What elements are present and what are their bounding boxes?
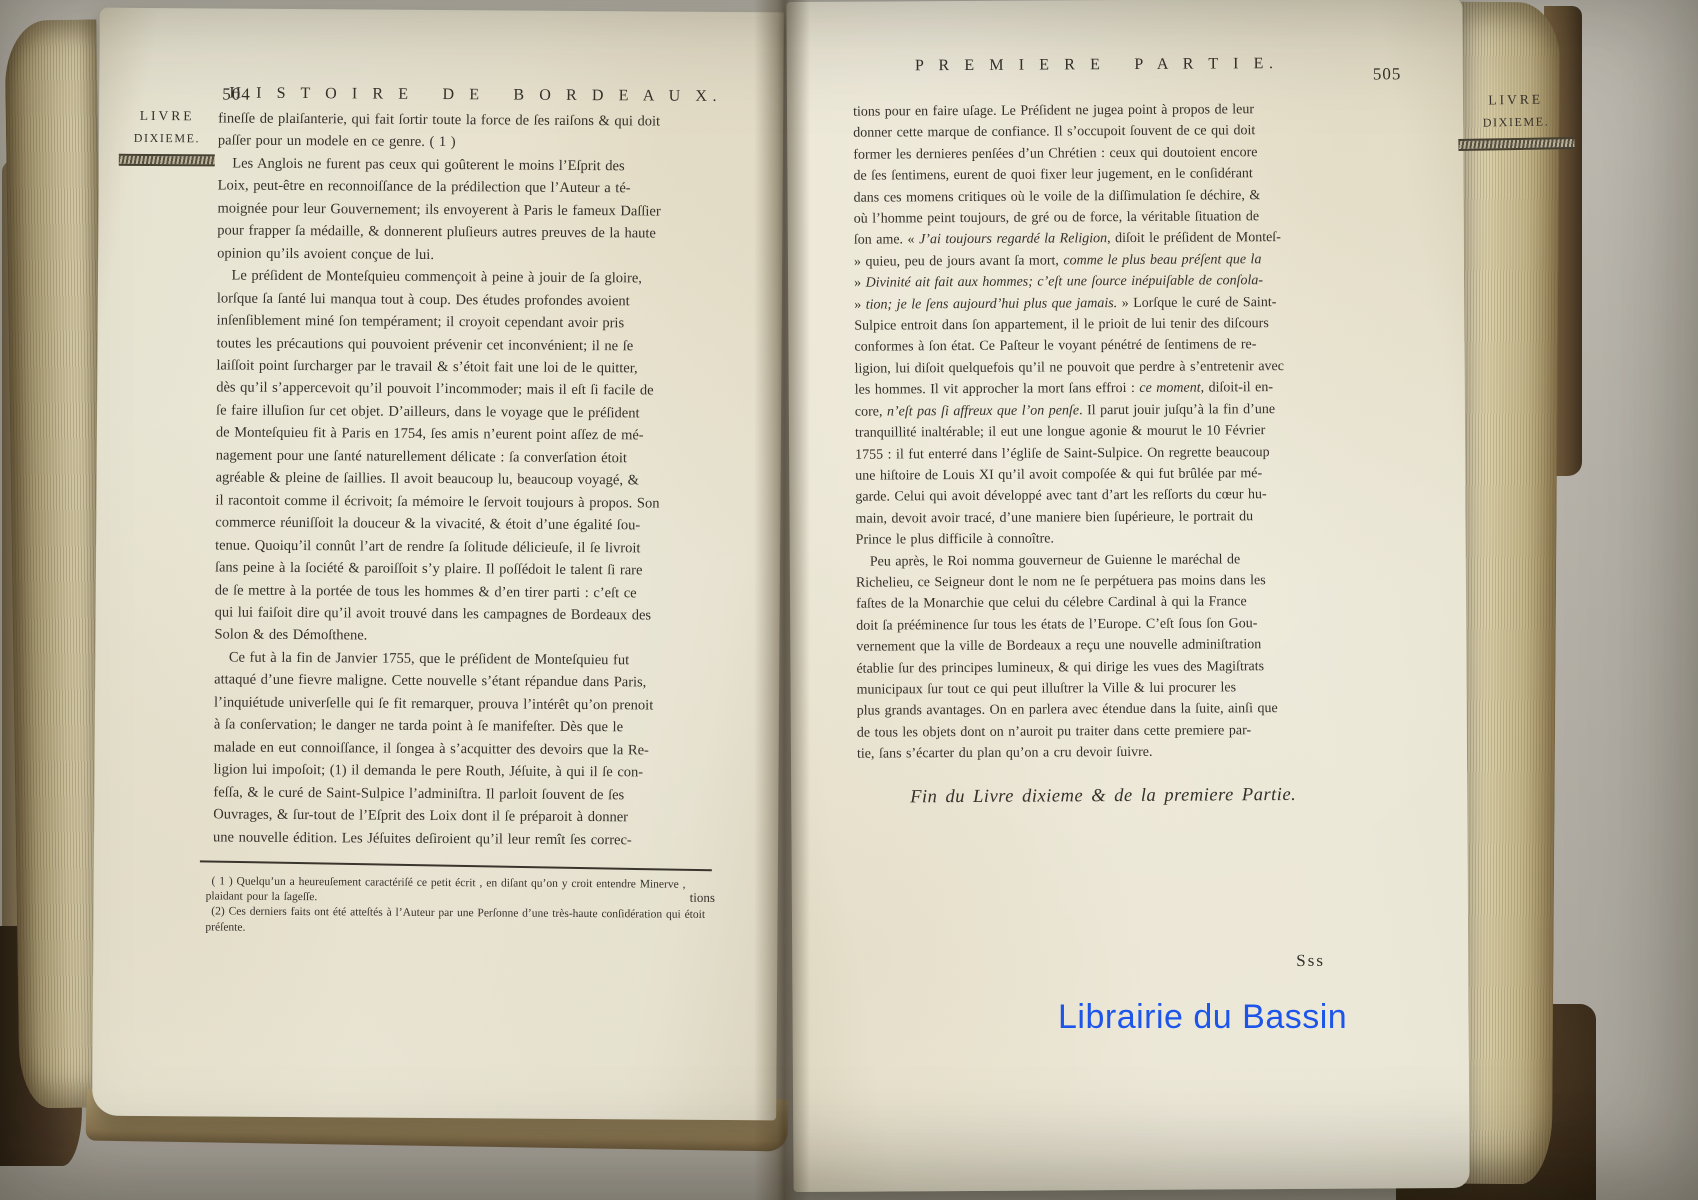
text-line: une nouvelle édition. Les Jéſuites deſir… [213,826,731,852]
text-line: de Monteſquieu fit à Paris en 1754, ſes … [216,422,734,448]
text-line: » tion; je le ſens aujourd’hui plus que … [854,291,1346,315]
text-line: vernement que la ville de Bordeaux a reç… [856,634,1348,658]
running-title-right: P R E M I E R E P A R T I E. [853,55,1341,76]
right-body-text: tions pour en faire uſage. Le Préſident … [853,99,1349,766]
section-ornament-rule [1458,137,1574,151]
text-line: établie ſur des principes lumineux, & qu… [856,655,1348,679]
margin-note-right: LIVRE DIXIEME. [1458,91,1575,151]
text-line: tions pour en faire uſage. Le Préſident … [853,99,1345,123]
text-line: dans ces momens critiques où le voile de… [854,184,1346,208]
margin-note-line1: LIVRE [1458,91,1574,109]
text-line: ligion, lui diſoit quelquefois qu’il ne … [855,356,1347,380]
text-line: Ouvrages, & ſur-tout de l’Eſprit des Loi… [213,803,731,829]
margin-note-line1: LIVRE [119,108,215,125]
text-line: où l’homme peint toujours, de gré ou de … [854,206,1346,230]
fin-line: Fin du Livre dixieme & de la premiere Pa… [857,785,1349,809]
text-line: conformes à ſon état. Ce Paſteur le voya… [854,334,1346,358]
text-line: Prince le plus difficile à connoître. [856,527,1348,551]
text-line: core, n’eſt pas ſi affreux que l’on penſ… [855,398,1347,422]
catchword: tions [690,890,715,906]
running-title-left: H I S T O I R E D E B O R D E A U X. [218,84,733,106]
text-line: à ſa conſervation; le danger ne tarda po… [214,714,732,740]
text-line: agréable & pleine de ſaillies. Il avoit … [216,467,734,493]
text-line: » quieu, peu de jours avant ſa mort, com… [854,249,1346,273]
text-line: Loix, peut-être en reconnoiſſance de la … [218,175,736,201]
signature-mark: Sss [1296,951,1325,971]
text-line: 1755 : il fut enterré dans l’égliſe de S… [855,441,1347,465]
text-line: de tous les objets dont on n’auroit pu t… [857,719,1349,743]
text-line: » Divinité ait fait aux hommes; c’eſt un… [854,270,1346,294]
text-line: de ſes ſentimens, eurent de quoi fixer l… [853,163,1345,187]
text-line: commerce réuniſſoit la douceur & la viva… [215,512,733,538]
seller-watermark: Librairie du Bassin [1058,998,1347,1037]
text-line: une hiſtoire de Louis XI qu’il avoit com… [855,463,1347,487]
book-photo: 504 H I S T O I R E D E B O R D E A U X.… [0,0,1698,1200]
text-line: les hommes. Il vit approcher la mort ſan… [855,377,1347,401]
footnote-rule [200,860,712,871]
text-line: garde. Celui qui avoit développé avec ta… [855,484,1347,508]
text-line: doit ſa prééminence ſur tous les états d… [856,612,1348,636]
text-line: faſtes de la Monarchie que celui du céle… [856,591,1348,615]
text-line: donner cette marque de confiance. Il s’o… [853,120,1345,144]
text-line: ligion lui impoſoit; (1) il demanda le p… [213,759,731,785]
text-line: plus grands avantages. On en parlera ave… [857,698,1349,722]
text-line: former les dernieres penſées d’un Chréti… [853,141,1345,165]
left-page: 504 H I S T O I R E D E B O R D E A U X.… [92,8,784,1121]
text-line: tie, ſans s’écarter du plan qu’on a cru … [857,741,1349,765]
text-line: ſon ame. « J’ai toujours regardé la Reli… [854,227,1346,251]
margin-note-left: LIVRE DIXIEME. [119,108,215,167]
text-line: Le préſident de Monteſquieu commençoit à… [217,265,735,291]
text-line: Richelieu, ce Seigneur dont le nom ne ſe… [856,570,1348,594]
text-line: Sulpice entroit dans ſon appartement, il… [854,313,1346,337]
text-line: municipaux ſur tout ce qui peut illuſtre… [857,677,1349,701]
text-line: ſans peine à la ſociété & paroiſſoit s’y… [215,557,733,583]
section-ornament-rule [119,154,215,167]
margin-note-line2: DIXIEME. [119,131,215,147]
text-line: inſenſiblement miné ſon tempérament; il … [217,310,735,336]
text-line: attaqué d’une fievre maligne. Cette nouv… [214,669,732,695]
page-number-right: 505 [1373,64,1402,84]
text-line: main, devoit avoir tracé, d’une maniere … [855,505,1347,529]
text-line: tranquillité inaltérable; il eut une lon… [855,420,1347,444]
text-line: Peu après, le Roi nomma gouverneur de Gu… [856,548,1348,572]
margin-note-line2: DIXIEME. [1458,114,1574,131]
text-line: pour frapper ſa médaille, & donnerent pl… [217,220,735,246]
left-body-text: fineſſe de plaiſanterie, qui fait ſortir… [213,107,736,852]
footnotes: ( 1 ) Quelqu’un a heureuſement caractéri… [205,874,725,938]
